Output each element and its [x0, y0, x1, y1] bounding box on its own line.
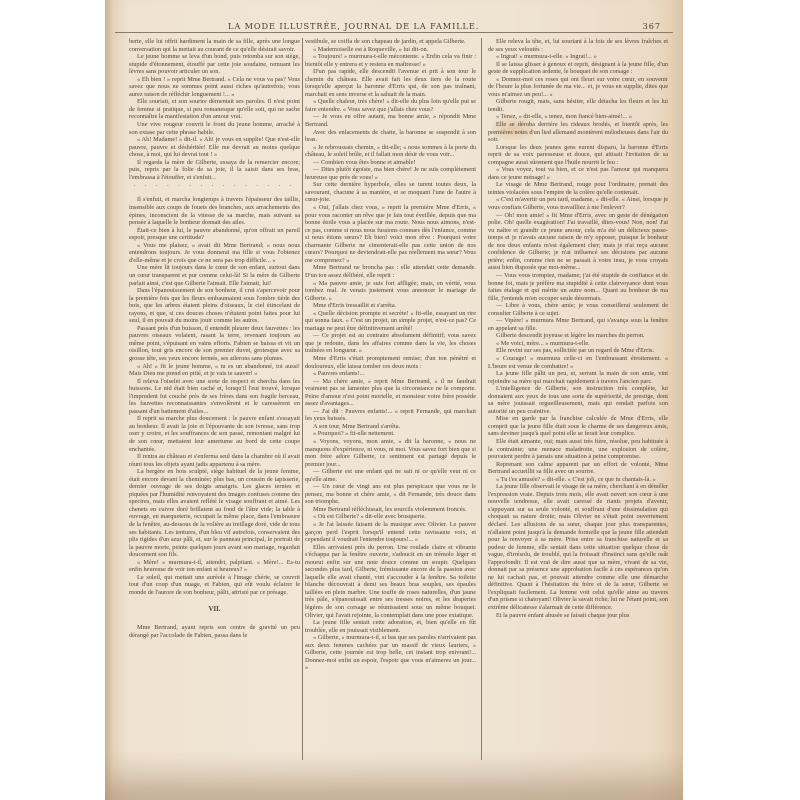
paragraph: « Mademoiselle est à Roqueville, » lui d…: [305, 46, 476, 54]
paragraph: Avec des enlacements de chatte, la baron…: [305, 129, 476, 144]
paragraph: — Vous vous trompiez, madame; j'ai été s…: [488, 272, 668, 302]
paragraph: — Libre à vous, chère amie; je vous cons…: [488, 302, 668, 317]
paragraph: Mme Bertrand, ayant repris son centre de…: [129, 624, 300, 639]
chapter-heading: VII.: [129, 606, 300, 614]
paragraph: « Donnez-moi ces roses qui ont fleuri su…: [488, 76, 668, 99]
paragraph: Une mère lit toujours dans le cœur de so…: [129, 264, 300, 287]
paragraph: « Ingrat! » murmura-t-elle. « Ingrat!...…: [488, 53, 668, 61]
paragraph: — Vipère! » murmura Mme Bertrand, qui s'…: [488, 317, 668, 332]
paragraph: Il se laissa glisser à genoux et reprit,…: [488, 61, 668, 76]
paragraph: « Vous me plaisez, » avait dit Mme Bertr…: [129, 242, 300, 265]
newspaper-page: LA MODE ILLUSTRÉE, JOURNAL DE LA FAMILLE…: [105, 0, 683, 800]
paragraph: Passant près d'un buisson, il entendit p…: [129, 325, 300, 363]
paragraph: Il s'enfuit, et marcha longtemps à trave…: [129, 196, 300, 226]
paragraph: — Gilberte est une enfant qui ne sait ni…: [305, 468, 476, 483]
paragraph: — Dites plutôt égoïste, ma bien chère! J…: [305, 166, 476, 181]
paragraph: « Eh bien ! » reprit Mme Bertrand. « Cel…: [129, 76, 300, 99]
paragraph: Mme d'Erris tressaillit et s'arrêta.: [305, 302, 476, 310]
text-column-right: Elle releva la tête, et, lui souriant à …: [488, 38, 668, 758]
paragraph: « Je rebroussais chemin, » dit-elle; « n…: [305, 144, 476, 159]
paragraph: Mme d'Erris s'était promptement remise; …: [305, 355, 476, 370]
paragraph: La jeune fille observait le visage de sa…: [488, 483, 668, 611]
paragraph: Une vive rougeur couvrit le front du jeu…: [129, 121, 300, 136]
paragraph: Reprenant son calme apparent par un effo…: [488, 461, 668, 476]
column-divider: [481, 38, 482, 760]
paragraph: La jeune fille pâlit un peu, et, serrant…: [488, 370, 668, 385]
paragraph: « Je l'ai laissée faisant de la musique …: [305, 521, 476, 544]
paragraph: Et la pauvre enfant abusée se faisait ch…: [488, 612, 668, 620]
paragraph: Il releva l'oiselet avec une sorte de re…: [129, 378, 300, 416]
paragraph: Elle était aimante, oui; mais aussi très…: [488, 438, 668, 461]
paragraph: Elles arrivaient près du perron. Une rou…: [305, 544, 476, 619]
paragraph: « Mère! » murmura-t-il, attendri, palpit…: [129, 559, 300, 574]
paragraph: « Tu t'es amusée? » dit-elle. « C'est jo…: [488, 476, 668, 484]
paragraph: « Pauvres enfants!...: [305, 370, 476, 378]
paragraph: Il regarda la mère de Gilberte, essaya d…: [129, 159, 300, 182]
paragraph: « Tenez, » dit-elle, « tenez, mon fiancé…: [488, 113, 668, 121]
paragraph: Gilberte rougit, mais, sans hésiter, ell…: [488, 98, 668, 113]
paragraph: Lorsque les deux jeunes gens eurent disp…: [488, 144, 668, 167]
paragraph: La jeune fille sentait cette adoration, …: [305, 619, 476, 634]
running-header: LA MODE ILLUSTRÉE, JOURNAL DE LA FAMILLE…: [115, 19, 673, 33]
paragraph: Gilberte descendit joyeuse et légère les…: [488, 332, 668, 340]
paragraph: L'intelligence de Gilberte, son instruct…: [488, 385, 668, 415]
paragraph: « Pourquoi? » fit-elle nettement.: [305, 430, 476, 438]
paragraph: Mme Bertrand ne broncha pas : elle atten…: [305, 264, 476, 279]
paragraph: Mme Bertrand réfléchissait, les sourcils…: [305, 506, 476, 514]
page-edge-shadow: [105, 0, 113, 800]
paragraph: Le soleil, qui mettait une auréole à l'i…: [129, 574, 300, 597]
paragraph: « Voyons, voyons, mon amie, » dit la bar…: [305, 438, 476, 468]
paragraph: — Ce projet est au contraire absolument …: [305, 332, 476, 355]
paragraph: « Me voici, mère... » murmura-t-elle.: [488, 340, 668, 348]
paragraph: « Quelle décision prompte et secrète! » …: [305, 310, 476, 333]
paragraph: Dans l'épanouissement de son bonheur, il…: [129, 287, 300, 325]
paragraph: Il reprit sa marche plus doucement : le …: [129, 415, 300, 453]
paragraph: — Oh! mon amie! » fit Mme d'Erris, avec …: [488, 212, 668, 272]
journal-title: LA MODE ILLUSTRÉE, JOURNAL DE LA FAMILLE…: [228, 21, 479, 31]
paragraph: Elle revint sur ses pas, sollicitée par …: [488, 347, 668, 355]
paragraph: Était-ce bien à lui, le pauvre abandonné…: [129, 227, 300, 242]
paragraph: « Gilberte, » murmura-t-il, si bas que s…: [305, 634, 476, 672]
paragraph: « C'est m'avertir un peu tard, madame, »…: [488, 196, 668, 211]
paragraph: « Vous voyez, tout va bien, et ce n'est …: [488, 166, 668, 181]
page-number: 367: [643, 21, 661, 31]
paragraph: Mise en garde par la franchise calculée …: [488, 415, 668, 438]
paragraph: « Toujours! » murmura-t-elle mécontente.…: [305, 53, 476, 68]
paragraph: — Un cœur de vingt ans est plus perspica…: [305, 483, 476, 506]
paragraph: — Combien vous êtes bonne et aimable!: [305, 159, 476, 167]
paragraph: Le jeune homme se leva d'un bond, puis r…: [129, 53, 300, 76]
paragraph: « Ah! » fit le jeune homme, « tu es un a…: [129, 363, 300, 378]
paragraph: — Ma chère amie, » reprit Mme Bertrand, …: [305, 378, 476, 408]
paragraph: — Je vous en offre autant, ma bonne amie…: [305, 113, 476, 128]
paragraph: Il rentra au château et s'enferma seul d…: [129, 453, 300, 468]
paragraph: A son tour, Mme Bertrand s'arrêta.: [305, 423, 476, 431]
paragraph: « Où est Gilberte? » dit-elle avec brusq…: [305, 513, 476, 521]
paragraph: Elle souriait, et son sourire démentait …: [129, 98, 300, 121]
paragraph: « Ah! Madame! » dit-il. « Ah! je vous en…: [129, 136, 300, 159]
paragraph: vestibule, se coiffa de son chapeau de j…: [305, 38, 476, 46]
paragraph: La bergère en bois sculpté, siège habitu…: [129, 468, 300, 559]
paragraph: « Quelle chaleur, très chère! » dit-elle…: [305, 98, 476, 113]
paragraph: « Ma pauvre amie, je suis fort affligée;…: [305, 280, 476, 303]
paragraph: berte, elle lui offrit hardiment la main…: [129, 38, 300, 53]
paragraph: Sur cette dernière hyperbole, elles se t…: [305, 181, 476, 204]
paragraph: Elle se déroba derrière les rideaux brod…: [488, 121, 668, 144]
text-column-left: berte, elle lui offrit hardiment la main…: [129, 38, 300, 758]
paragraph: Le visage de Mme Bertrand, rouge pour l'…: [488, 181, 668, 196]
paragraph: « Courage! » murmura celle-ci en l'embra…: [488, 355, 668, 370]
paragraph: Elle releva la tête, et, lui souriant à …: [488, 38, 668, 53]
column-divider: [302, 38, 303, 760]
paragraph: — J'ai dit : Pauvres enfants!... » repri…: [305, 408, 476, 423]
paragraph: « Oui, j'allais chez vous, » reprit la p…: [305, 204, 476, 264]
paragraph: D'un pas rapide, elle descendit l'avenue…: [305, 68, 476, 98]
text-column-middle: vestibule, se coiffa de son chapeau de j…: [305, 38, 476, 758]
paragraph: . . . . . . . . . . . . . . . .: [129, 181, 300, 196]
